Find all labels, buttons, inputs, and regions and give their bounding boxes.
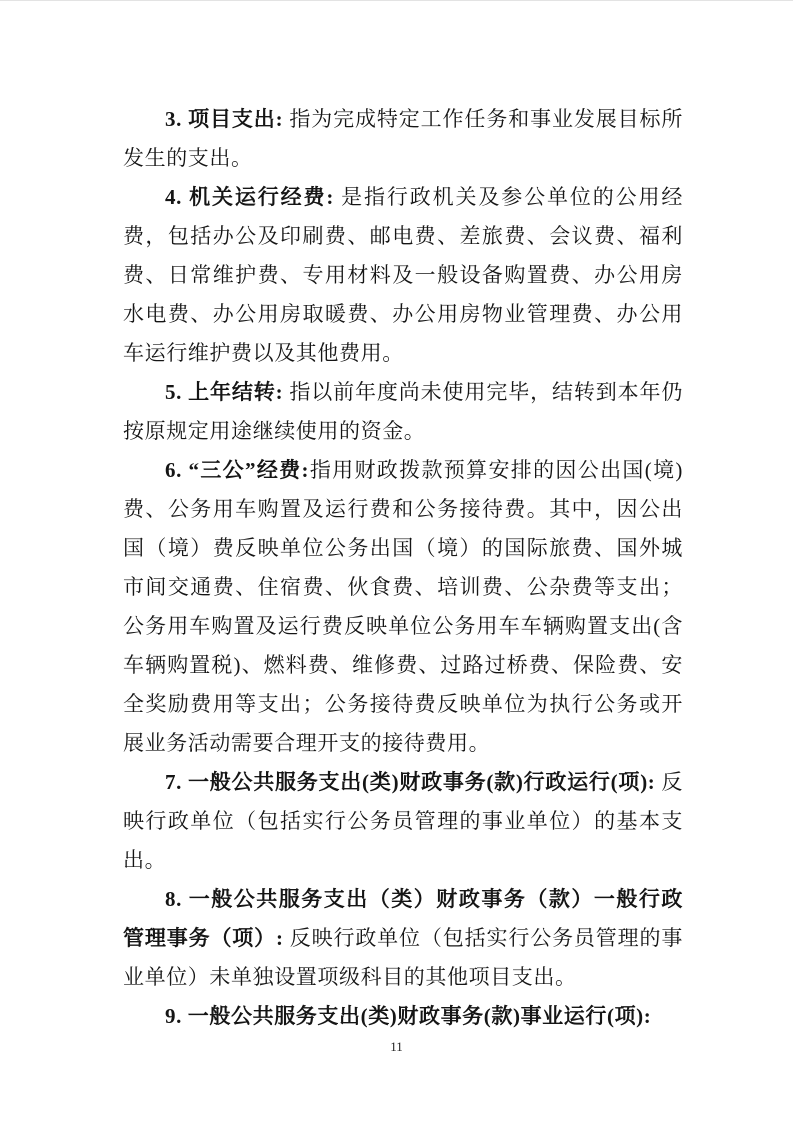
term-label: 5. 上年结转: xyxy=(165,380,289,404)
term-label: 4. 机关运行经费: xyxy=(165,185,341,209)
paragraph-item-8: 8. 一般公共服务支出（类）财政事务（款）一般行政管理事务（项）: 反映行政单位… xyxy=(123,880,683,997)
term-definition: 指用财政拨款预算安排的因公出国(境)费、公务用车购置及运行费和公务接待费。其中，… xyxy=(123,458,683,755)
document-page: 3. 项目支出: 指为完成特定工作任务和事业发展目标所发生的支出。 4. 机关运… xyxy=(0,0,793,1122)
term-label: 6. “三公”经费: xyxy=(165,458,309,482)
paragraph-item-3: 3. 项目支出: 指为完成特定工作任务和事业发展目标所发生的支出。 xyxy=(123,100,683,178)
term-definition: 是指行政机关及参公单位的公用经费，包括办公及印刷费、邮电费、差旅费、会议费、福利… xyxy=(123,185,683,365)
paragraph-item-4: 4. 机关运行经费: 是指行政机关及参公单位的公用经费，包括办公及印刷费、邮电费… xyxy=(123,178,683,373)
document-body: 3. 项目支出: 指为完成特定工作任务和事业发展目标所发生的支出。 4. 机关运… xyxy=(123,100,683,1036)
term-label: 9. 一般公共服务支出(类)财政事务(款)事业运行(项): xyxy=(165,1004,651,1028)
term-label: 7. 一般公共服务支出(类)财政事务(款)行政运行(项): xyxy=(165,770,661,794)
term-label: 3. 项目支出: xyxy=(165,107,289,131)
paragraph-item-6: 6. “三公”经费:指用财政拨款预算安排的因公出国(境)费、公务用车购置及运行费… xyxy=(123,451,683,763)
page-number: 11 xyxy=(0,1039,793,1055)
paragraph-item-7: 7. 一般公共服务支出(类)财政事务(款)行政运行(项): 反映行政单位（包括实… xyxy=(123,763,683,880)
paragraph-item-9: 9. 一般公共服务支出(类)财政事务(款)事业运行(项): xyxy=(123,997,683,1036)
paragraph-item-5: 5. 上年结转: 指以前年度尚未使用完毕，结转到本年仍按原规定用途继续使用的资金… xyxy=(123,373,683,451)
